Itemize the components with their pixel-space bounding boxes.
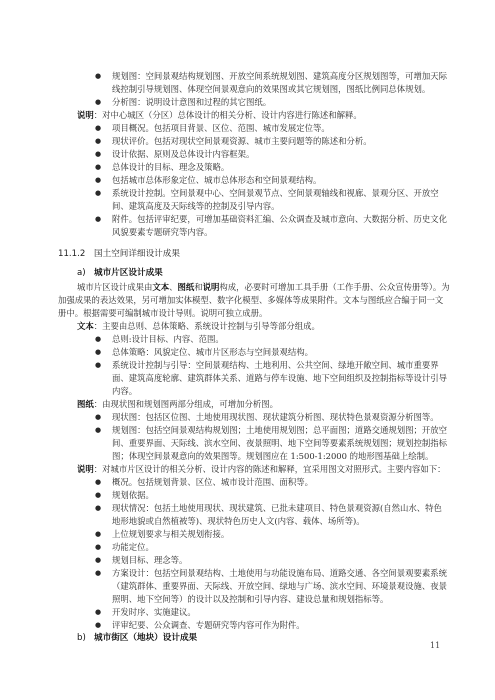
text-label: 文本 — [77, 321, 94, 331]
document-page: ●规划图：空间景观结构规划图、开放空间系统规划图、建筑高度分区规划图等，可增加天… — [0, 0, 495, 700]
bullet-dot-icon: ● — [95, 135, 101, 148]
bullet-item: ●规划依据。 — [58, 489, 450, 502]
bullet-dot-icon: ● — [95, 359, 101, 372]
subsection-heading-a: a)城市片区设计成果 — [58, 267, 450, 280]
page-number: 11 — [430, 641, 440, 650]
bullet-item: ●设计依据、原则及总体设计内容框架。 — [58, 148, 450, 161]
bullet-dot-icon: ● — [95, 333, 101, 346]
bullet-item: ●系统设计控制与引导：空间景观结构、土地利用、公共空间、绿地开敞空间、城市重要界… — [58, 359, 450, 398]
explanation-paragraph: 说明：对中心城区（分区）总体设计的相关分析、设计内容进行陈述和解释。 — [58, 109, 450, 122]
bullet-item: ●功能定位。 — [58, 541, 450, 554]
bullet-dot-icon: ● — [95, 528, 101, 541]
bullet-dot-icon: ● — [95, 489, 101, 502]
bullet-item: ●规划图：空间景观结构规划图、开放空间系统规划图、建筑高度分区规划图等，可增加天… — [58, 70, 450, 96]
bullet-dot-icon: ● — [95, 346, 101, 359]
bullet-dot-icon: ● — [95, 96, 101, 109]
bullet-item: ●上位规划要求与相关规划衔接。 — [58, 528, 450, 541]
bullet-dot-icon: ● — [95, 161, 101, 174]
explanation-label: 说明 — [77, 110, 94, 120]
bullet-item: ●附件。包括评审纪要，可增加基础资料汇编、公众调查及城市意向、大数据分析、历史文… — [58, 213, 450, 239]
explanation-label: 说明 — [77, 464, 94, 474]
intro-paragraph: 城市片区设计成果由文本、图纸和说明构成，必要时可增加工具手册（工作手册、公众宣传… — [58, 281, 450, 320]
bullet-item: ●评审纪要、公众调查、专题研究等内容可作为附件。 — [58, 619, 450, 632]
bullet-dot-icon: ● — [95, 213, 101, 226]
bullet-dot-icon: ● — [95, 122, 101, 135]
bullet-dot-icon: ● — [95, 567, 101, 580]
bullet-item: ●总体策略：风貌定位、城市片区形态与空间景观结构。 — [58, 346, 450, 359]
section-number: 11.1.2 — [58, 248, 94, 261]
bullet-item: ●总则:设计目标、内容、范围。 — [58, 333, 450, 346]
drawings-paragraph: 图纸：由现状图和规划图两部分组成，可增加分析图。 — [58, 398, 450, 411]
bullet-dot-icon: ● — [95, 554, 101, 567]
bullet-item: ●规划目标、理念等。 — [58, 554, 450, 567]
bullet-dot-icon: ● — [95, 174, 101, 187]
bullet-item: ●现状情况：包括土地使用现状、现状建筑、已批未建项目、特色景观资源(自然山水、特… — [58, 502, 450, 528]
bullet-dot-icon: ● — [95, 424, 101, 437]
page-content: ●规划图：空间景观结构规划图、开放空间系统规划图、建筑高度分区规划图等，可增加天… — [58, 70, 450, 646]
bullet-dot-icon: ● — [95, 502, 101, 515]
bullet-dot-icon: ● — [95, 606, 101, 619]
bullet-dot-icon: ● — [95, 476, 101, 489]
explanation-paragraph: 说明：对城市片区设计的相关分析、设计内容的陈述和解释，宜采用图文对照形式。主要内… — [58, 463, 450, 476]
bullet-item: ●项目概况。包括项目背景、区位、范围、城市发展定位等。 — [58, 122, 450, 135]
bullet-dot-icon: ● — [95, 541, 101, 554]
bullet-dot-icon: ● — [95, 187, 101, 200]
subsection-heading-b: b)城市街区（地块）设计成果 — [58, 632, 450, 645]
bullet-dot-icon: ● — [95, 619, 101, 632]
bullet-dot-icon: ● — [95, 148, 101, 161]
bullet-item: ●开发时序、实施建议。 — [58, 606, 450, 619]
bullet-item: ●包括城市总体形象定位、城市总体形态和空间景观结构。 — [58, 174, 450, 187]
bullet-item: ●系统设计控制。空间景观中心、空间景观节点、空间景观轴线和视廊、景观分区、开放空… — [58, 187, 450, 213]
bullet-item: ●现状图：包括区位图、土地使用现状图、现状建筑分析图、现状特色景观资源分析图等。 — [58, 411, 450, 424]
bullet-item: ●分析图：说明设计意图和过程的其它图纸。 — [58, 96, 450, 109]
text-paragraph: 文本：主要由总则、总体策略、系统设计控制与引导等部分组成。 — [58, 320, 450, 333]
bullet-dot-icon: ● — [95, 70, 101, 83]
bullet-item: ●总体设计的目标、理念及策略。 — [58, 161, 450, 174]
bullet-dot-icon: ● — [95, 411, 101, 424]
bullet-item: ●概况。包括规划背景、区位、城市设计范围、面积等。 — [58, 476, 450, 489]
bullet-item: ●现状评价。包括对现状空间景观资源、城市主要问题等的陈述和分析。 — [58, 135, 450, 148]
section-title: 国土空间详细设计成果 — [94, 249, 180, 259]
bullet-item: ●方案设计：包括空间景观结构、土地使用与功能设施布局、道路交通、各空间景观要素系… — [58, 567, 450, 606]
section-heading: 11.1.2国土空间详细设计成果 — [58, 248, 450, 261]
drawings-label: 图纸 — [77, 399, 94, 409]
bullet-item: ●规划图：包括空间景观结构规划图；土地使用规划图；总平面图；道路交通规划图；开放… — [58, 424, 450, 463]
